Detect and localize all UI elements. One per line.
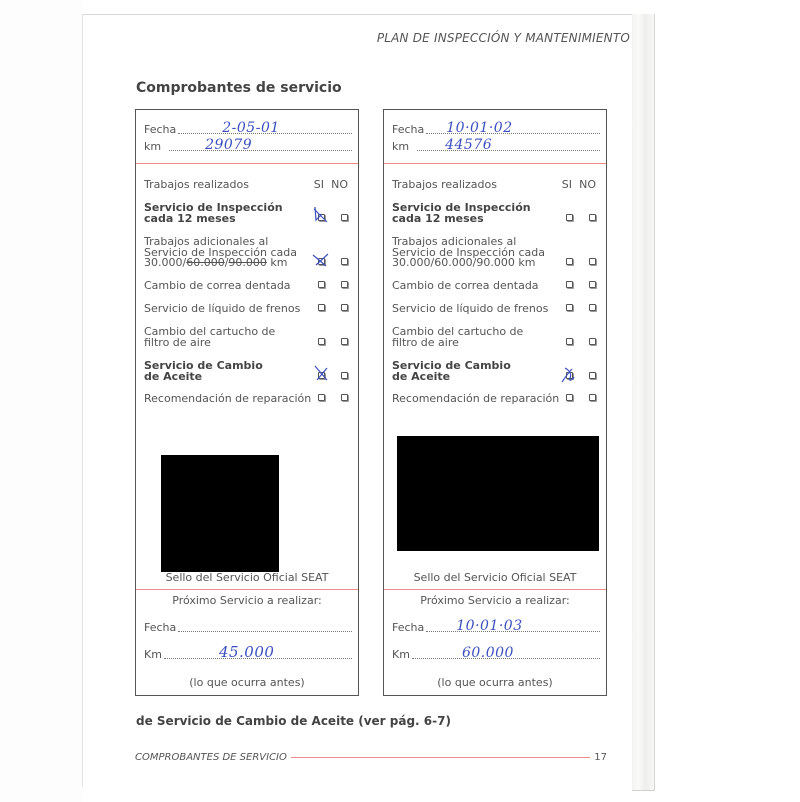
stamp-label: Sello del Servicio Oficial SEAT (384, 571, 606, 584)
checkbox-no[interactable] (589, 304, 596, 311)
checkbox-no[interactable] (341, 304, 348, 311)
service-voucher-1: Fecha 2-05-01 km 29079 Trabajos realizad… (135, 109, 359, 696)
handwritten-date: 10·01·02 (446, 120, 512, 136)
next-km-field[interactable]: Km 45.000 (144, 647, 352, 661)
section-title: Comprobantes de servicio (136, 80, 342, 96)
footer-section: COMPROBANTES DE SERVICIO (135, 752, 287, 763)
checkbox-si[interactable] (318, 281, 325, 288)
checkbox-no[interactable] (589, 372, 596, 379)
checkbox-si[interactable] (566, 214, 573, 221)
next-km-field[interactable]: Km 60.000 (392, 647, 600, 661)
next-service-title: Próximo Servicio a realizar: (384, 594, 606, 607)
handwritten-km: 29079 (205, 137, 252, 153)
checkbox-si[interactable] (318, 372, 325, 379)
page-footer: COMPROBANTES DE SERVICIO 17 (135, 750, 607, 764)
checkbox-si[interactable] (318, 304, 325, 311)
checkbox-si[interactable] (566, 394, 573, 401)
checkbox-no[interactable] (341, 281, 348, 288)
checkbox-no[interactable] (589, 258, 596, 265)
service-voucher-2: Fecha 10·01·02 km 44576 Trabajos realiza… (383, 109, 607, 696)
table-header: Trabajos realizados SI NO (144, 178, 352, 191)
next-fecha-field[interactable]: Fecha 10·01·03 (392, 620, 600, 634)
handwritten-date: 10·01·03 (456, 618, 522, 634)
checkbox-si[interactable] (566, 338, 573, 345)
fecha-field[interactable]: Fecha 2-05-01 (144, 122, 352, 136)
checkbox-si[interactable] (566, 281, 573, 288)
stamp-label: Sello del Servicio Oficial SEAT (136, 571, 358, 584)
handwritten-km: 45.000 (219, 643, 275, 661)
km-field[interactable]: km 29079 (144, 139, 352, 153)
whichever-first-note: (lo que ocurra antes) (136, 676, 358, 689)
checkbox-si[interactable] (566, 304, 573, 311)
redacted-stamp (161, 455, 279, 572)
handwritten-km: 44576 (445, 137, 492, 153)
next-service-title: Próximo Servicio a realizar: (136, 594, 358, 607)
checkbox-no[interactable] (341, 258, 348, 265)
checkbox-si[interactable] (566, 258, 573, 265)
checkbox-no[interactable] (589, 281, 596, 288)
handwritten-km: 60.000 (462, 645, 514, 661)
checkbox-no[interactable] (589, 394, 596, 401)
divider (384, 163, 606, 164)
fecha-field[interactable]: Fecha 10·01·02 (392, 122, 600, 136)
checkbox-no[interactable] (341, 394, 348, 401)
divider (384, 589, 606, 590)
checkbox-no[interactable] (589, 214, 596, 221)
checkbox-no[interactable] (341, 372, 348, 379)
handwritten-date: 2-05-01 (222, 120, 280, 136)
checkbox-si[interactable] (318, 394, 325, 401)
oil-change-reference: de Servicio de Cambio de Aceite (ver pág… (136, 714, 451, 728)
checkbox-no[interactable] (589, 338, 596, 345)
footer-rule (291, 757, 590, 758)
checkbox-si[interactable] (318, 338, 325, 345)
km-field[interactable]: km 44576 (392, 139, 600, 153)
checkbox-si[interactable] (318, 258, 325, 265)
scan-margin (0, 0, 82, 802)
page-number: 17 (594, 752, 607, 763)
page-edges (632, 14, 655, 791)
divider (136, 163, 358, 164)
checkbox-no[interactable] (341, 338, 348, 345)
table-header: Trabajos realizados SI NO (392, 178, 600, 191)
next-fecha-field[interactable]: Fecha (144, 620, 352, 634)
checkbox-si[interactable] (318, 214, 325, 221)
whichever-first-note: (lo que ocurra antes) (384, 676, 606, 689)
running-header: PLAN DE INSPECCIÓN Y MANTENIMIENTO (377, 31, 630, 45)
divider (136, 589, 358, 590)
checkbox-no[interactable] (341, 214, 348, 221)
checkbox-si[interactable] (566, 372, 573, 379)
redacted-stamp (397, 436, 599, 551)
